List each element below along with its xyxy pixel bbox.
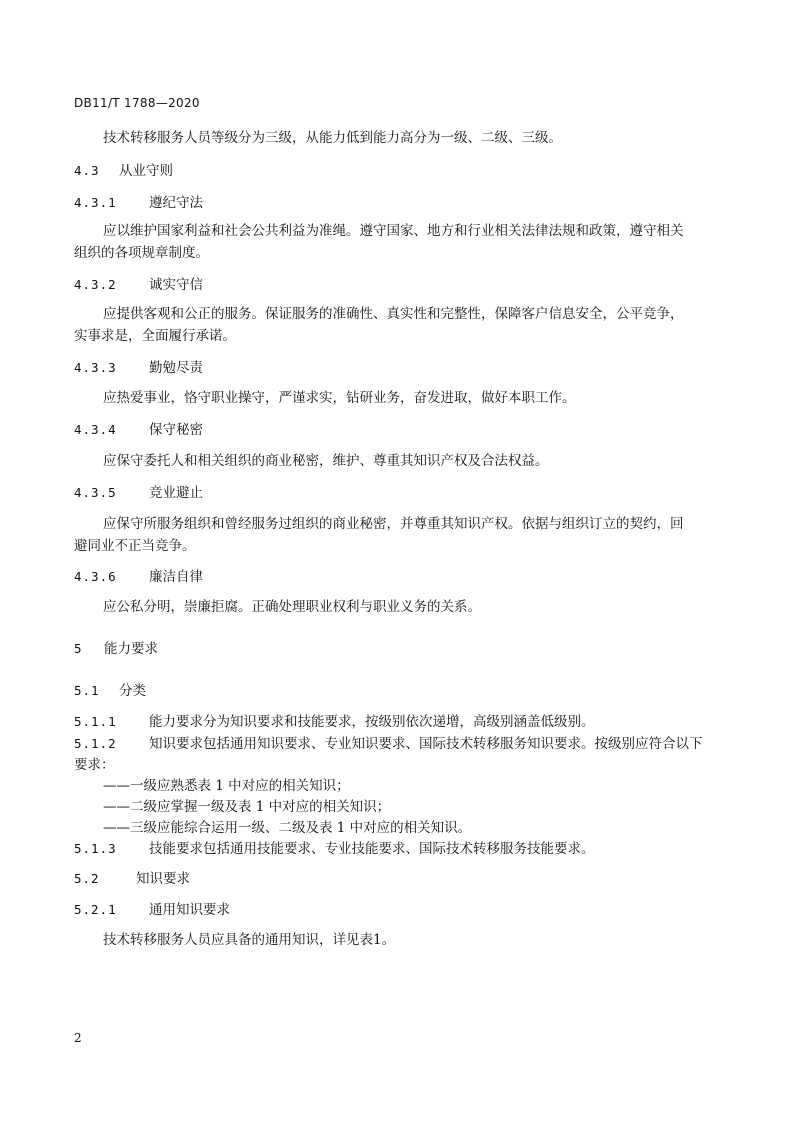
paragraph: 应提供客观和公正的服务。保证服务的准确性、真实性和完整性，保障客户信息安全，公平… (103, 304, 684, 324)
clause-text: 知识要求包括通用知识要求、专业知识要求、国际技术转移服务知识要求。按级别应符合以… (149, 736, 703, 752)
paragraph: 应热爱事业，恪守职业操守，严谨求实，钻研业务，奋发进取，做好本职工作。 (103, 388, 576, 408)
section-number: 4.3.5 (74, 483, 149, 503)
document-code: DB11/T 1788—2020 (74, 96, 200, 110)
section-title: 廉洁自律 (149, 569, 203, 585)
paragraph-continuation: 组织的各项规章制度。 (74, 243, 209, 263)
clause-continuation: 要求： (74, 755, 115, 775)
section-title: 分类 (119, 683, 146, 699)
section-heading-5-1: 5.1分类 (74, 681, 146, 701)
list-item: ——二级应掌握一级及表 1 中对应的相关知识； (103, 797, 390, 817)
section-title: 能力要求 (104, 641, 158, 657)
section-title: 勤勉尽责 (149, 360, 203, 376)
section-title: 诚实守信 (149, 277, 203, 293)
paragraph: 应公私分明，崇廉拒腐。正确处理职业权利与职业义务的关系。 (103, 597, 481, 617)
clause-5-1-3: 5.1.3技能要求包括通用技能要求、专业技能要求、国际技术转移服务技能要求。 (74, 839, 595, 859)
section-title: 竞业避止 (149, 485, 203, 501)
section-heading-5-2: 5.2知识要求 (74, 869, 190, 889)
document-page: DB11/T 1788—2020 技术转移服务人员等级分为三级，从能力低到能力高… (0, 0, 793, 1122)
section-number: 4.3.6 (74, 567, 149, 587)
section-heading-4-3: 4.3从业守则 (74, 161, 173, 181)
section-heading-4-3-3: 4.3.3勤勉尽责 (74, 358, 203, 378)
section-number: 4.3.3 (74, 358, 149, 378)
list-item: ——三级应能综合运用一级、二级及表 1 中对应的相关知识。 (103, 818, 471, 838)
paragraph: 应保守委托人和相关组织的商业秘密，维护、尊重其知识产权及合法权益。 (103, 451, 549, 471)
clause-number: 5.1.3 (74, 839, 149, 859)
paragraph: 应保守所服务组织和曾经服务过组织的商业秘密，并尊重其知识产权。依据与组织订立的契… (103, 514, 684, 534)
section-heading-5: 5能力要求 (74, 639, 158, 659)
section-number: 5.2 (74, 869, 136, 889)
clause-5-1-1: 5.1.1能力要求分为知识要求和技能要求，按级别依次递增，高级别涵盖低级别。 (74, 712, 595, 732)
section-title: 通用知识要求 (149, 902, 230, 918)
section-number: 4.3.1 (74, 193, 149, 213)
section-number: 5.1 (74, 681, 119, 701)
section-title: 保守秘密 (149, 422, 203, 438)
section-heading-4-3-5: 4.3.5竞业避止 (74, 483, 203, 503)
section-heading-4-3-2: 4.3.2诚实守信 (74, 275, 203, 295)
section-number: 5.2.1 (74, 900, 149, 920)
section-number: 4.3.4 (74, 420, 149, 440)
clause-number: 5.1.2 (74, 734, 149, 754)
section-number: 5 (74, 639, 104, 659)
page-number: 2 (74, 1031, 82, 1045)
paragraph: 应以维护国家利益和社会公共利益为准绳。遵守国家、地方和行业相关法律法规和政策，遵… (103, 221, 684, 241)
paragraph: 技术转移服务人员应具备的通用知识，详见表1。 (103, 930, 395, 950)
clause-number: 5.1.1 (74, 712, 149, 732)
section-number: 4.3 (74, 161, 119, 181)
paragraph: 技术转移服务人员等级分为三级，从能力低到能力高分为一级、二级、三级。 (103, 128, 562, 148)
section-heading-4-3-6: 4.3.6廉洁自律 (74, 567, 203, 587)
list-item: ——一级应熟悉表 1 中对应的相关知识； (103, 776, 350, 796)
clause-5-1-2: 5.1.2知识要求包括通用知识要求、专业知识要求、国际技术转移服务知识要求。按级… (74, 734, 703, 754)
section-title: 知识要求 (136, 871, 190, 887)
section-heading-4-3-1: 4.3.1遵纪守法 (74, 193, 203, 213)
section-heading-5-2-1: 5.2.1通用知识要求 (74, 900, 230, 920)
section-heading-4-3-4: 4.3.4保守秘密 (74, 420, 203, 440)
clause-text: 能力要求分为知识要求和技能要求，按级别依次递增，高级别涵盖低级别。 (149, 714, 595, 730)
section-title: 从业守则 (119, 163, 173, 179)
paragraph-continuation: 避同业不正当竞争。 (74, 536, 196, 556)
section-title: 遵纪守法 (149, 195, 203, 211)
paragraph-continuation: 实事求是，全面履行承诺。 (74, 326, 236, 346)
section-number: 4.3.2 (74, 275, 149, 295)
clause-text: 技能要求包括通用技能要求、专业技能要求、国际技术转移服务技能要求。 (149, 841, 595, 857)
